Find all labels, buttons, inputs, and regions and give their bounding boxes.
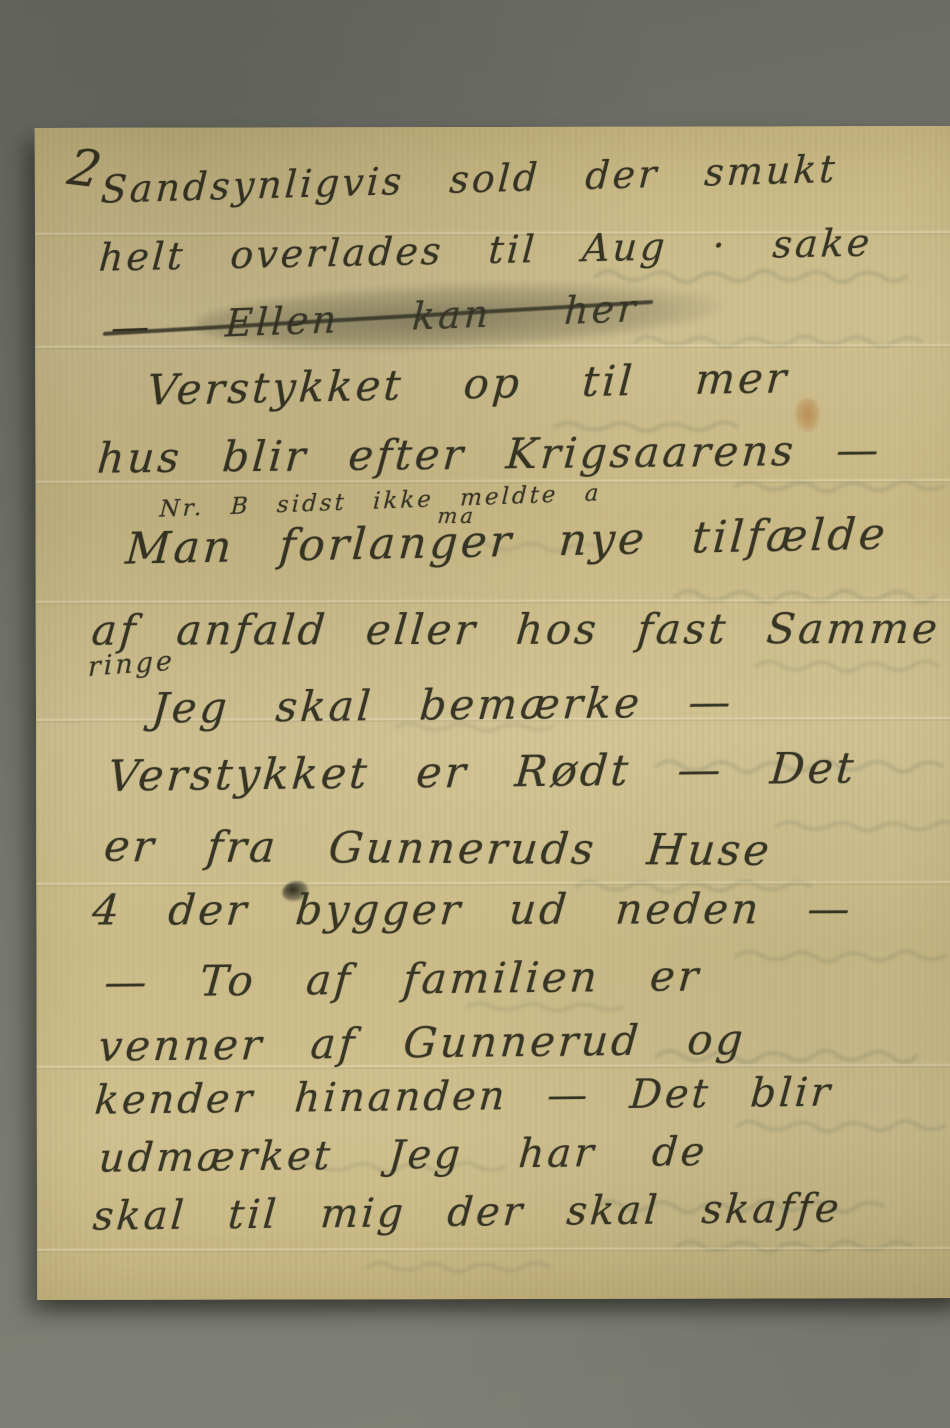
handwriting-line: af anfald eller hos fast Samme [90,604,942,655]
handwriting-line: er fra Gunneruds Huse [102,822,774,876]
bleedthrough-scribble [737,951,945,961]
handwriting-line: ma [437,504,477,528]
handwriting-line: helt overlades til Aug · sake [98,221,874,280]
bleedthrough-scribble [367,1263,549,1272]
handwriting-line: — Ellen kan her [110,286,639,350]
manuscript-sheet: 2 Sandsynligvis sold der smukthelt overl… [35,126,950,1300]
handwriting-line: Verstykket er Rødt — Det [106,744,858,802]
rust-stain [794,398,820,432]
bleedthrough-scribble [635,336,921,347]
handwriting-layer: Sandsynligvis sold der smukthelt overlad… [35,126,950,128]
bleedthrough-scribble [737,1121,945,1131]
bleedthrough-scribble [677,1241,911,1251]
handwriting-line: kender hinanden — Det blir [93,1070,835,1124]
bleedthrough-scribble [776,822,950,831]
handwriting-line: udmærket Jeg har de [97,1129,709,1182]
handwriting-line: Sandsynligvis sold der smukt [100,147,839,212]
handwriting-line: 4 der bygger ud neden — [90,884,854,935]
bleedthrough-scribble [467,1003,623,1011]
bleedthrough-scribble [736,481,944,491]
handwriting-line: hus blir efter Krigsaarens — [96,425,884,483]
photograph-of-manuscript: 2 Sandsynligvis sold der smukthelt overl… [0,0,950,1428]
bleedthrough-scribble [676,590,936,602]
handwriting-line: Verstykket op til mer [146,353,791,415]
handwriting-line: — To af familien er [103,951,703,1006]
handwriting-line: ringe [88,646,175,683]
bleedthrough-scribble [595,270,907,282]
bleedthrough-scribble [756,661,938,671]
handwriting-line: Jeg skal bemærke — [150,677,735,732]
handwriting-line: venner af Gunnerud og [97,1015,748,1071]
handwriting-line: skal til mig der skal skaffe [91,1186,843,1240]
fold-crease-layer [35,126,950,128]
fold-crease [37,1246,950,1253]
